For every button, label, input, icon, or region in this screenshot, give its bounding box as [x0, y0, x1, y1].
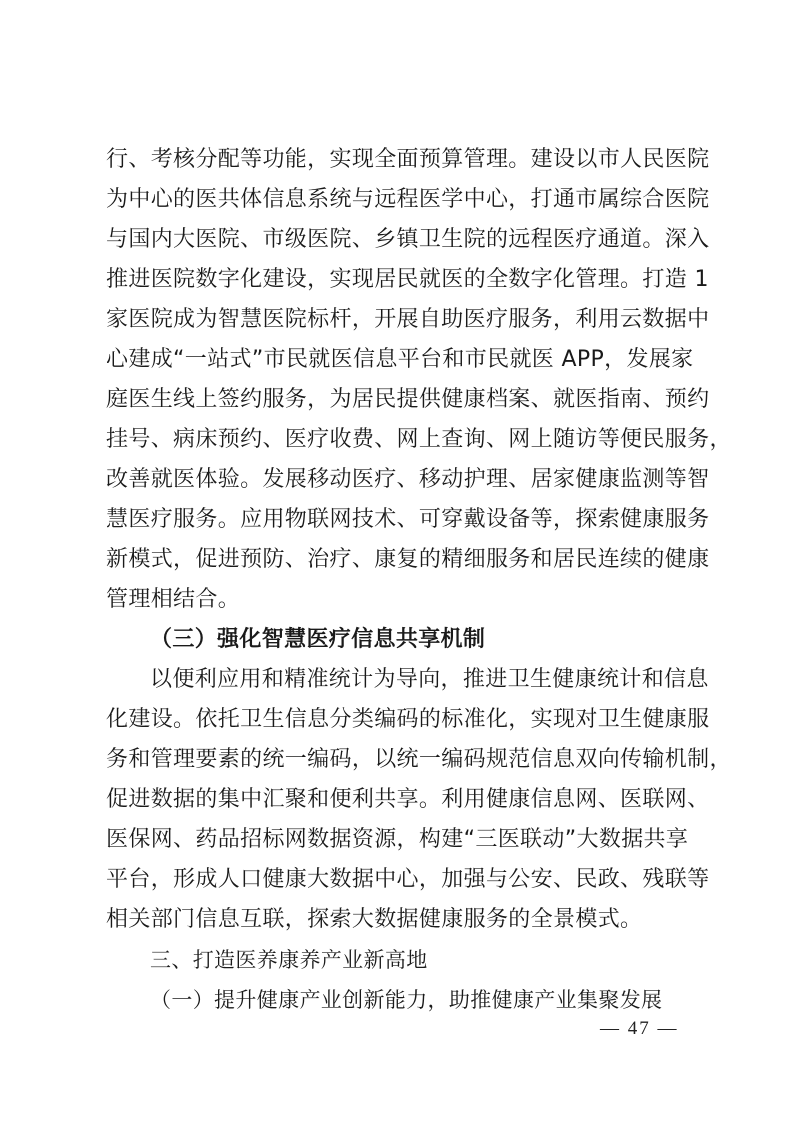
section-heading: 三、打造医养康养产业新高地: [106, 940, 690, 980]
body-line: 管理相结合。: [106, 580, 690, 620]
document-page: 行、考核分配等功能，实现全面预算管理。建设以市人民医院 为中心的医共体信息系统与…: [106, 140, 690, 1020]
subsection-heading: （一）提升健康产业创新能力，助推健康产业集聚发展: [106, 980, 690, 1020]
body-line: 新模式，促进预防、治疗、康复的精细服务和居民连续的健康: [106, 540, 690, 580]
body-line: 改善就医体验。发展移动医疗、移动护理、居家健康监测等智: [106, 460, 690, 500]
paragraph-first-line: 以便利应用和精准统计为导向，推进卫生健康统计和信息: [106, 660, 690, 700]
body-line: 心建成“一站式”市民就医信息平台和市民就医 APP，发展家: [106, 340, 690, 380]
body-line: 化建设。依托卫生信息分类编码的标准化，实现对卫生健康服: [106, 700, 690, 740]
body-line: 行、考核分配等功能，实现全面预算管理。建设以市人民医院: [106, 140, 690, 180]
body-line: 为中心的医共体信息系统与远程医学中心，打通市属综合医院: [106, 180, 690, 220]
body-line: 平台，形成人口健康大数据中心，加强与公安、民政、残联等: [106, 860, 690, 900]
body-line: 促进数据的集中汇聚和便利共享。利用健康信息网、医联网、: [106, 780, 690, 820]
body-line: 庭医生线上签约服务，为居民提供健康档案、就医指南、预约: [106, 380, 690, 420]
body-line: 挂号、病床预约、医疗收费、网上查询、网上随访等便民服务，: [106, 420, 690, 460]
body-line: 务和管理要素的统一编码，以统一编码规范信息双向传输机制，: [106, 740, 690, 780]
body-line: 医保网、药品招标网数据资源，构建“三医联动”大数据共享: [106, 820, 690, 860]
body-line: 推进医院数字化建设，实现居民就医的全数字化管理。打造 1: [106, 260, 690, 300]
body-line: 慧医疗服务。应用物联网技术、可穿戴设备等，探索健康服务: [106, 500, 690, 540]
subheading-smart-medical-info-sharing: （三）强化智慧医疗信息共享机制: [106, 620, 690, 660]
page-number: — 47 —: [600, 1018, 679, 1040]
body-line: 与国内大医院、市级医院、乡镇卫生院的远程医疗通道。深入: [106, 220, 690, 260]
body-line: 相关部门信息互联，探索大数据健康服务的全景模式。: [106, 900, 690, 940]
body-line: 家医院成为智慧医院标杆，开展自助医疗服务，利用云数据中: [106, 300, 690, 340]
